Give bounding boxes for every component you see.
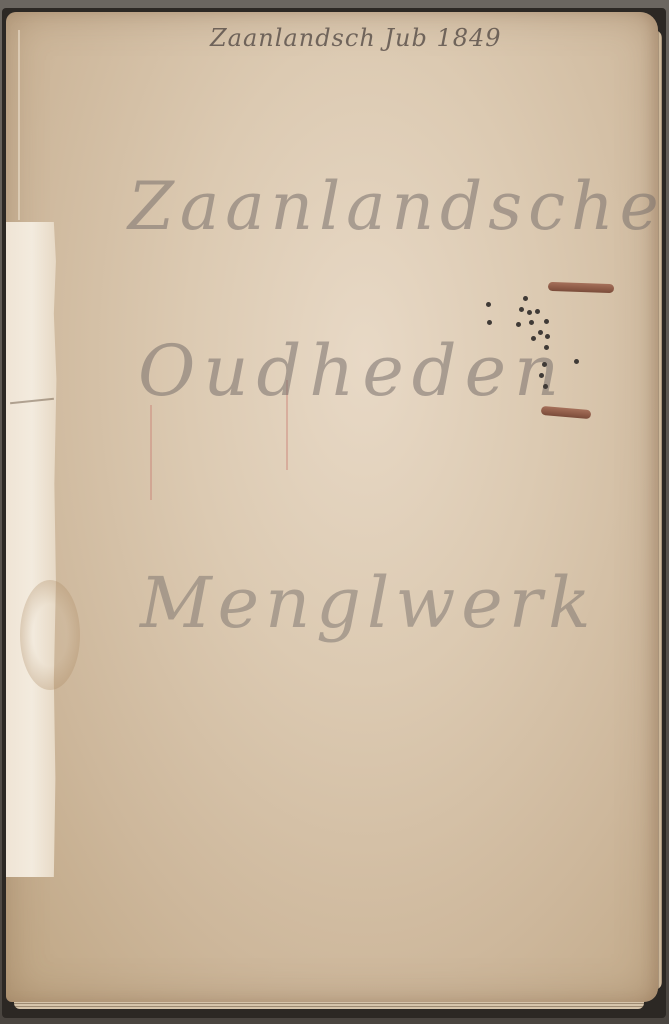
spine-paper-strip [6, 222, 58, 877]
handwritten-title-line-3: Menglwerk [140, 562, 597, 644]
handwritten-title-line-1: Zaanlandsche [128, 168, 665, 245]
handwritten-top-note: Zaanlandsch Jub 1849 [210, 24, 502, 52]
water-stain [20, 580, 80, 690]
red-margin-mark [150, 405, 152, 500]
notebook-cover [6, 12, 658, 1002]
cover-fold-line [18, 30, 20, 220]
handwritten-title-line-2: Oudheden [138, 330, 567, 412]
